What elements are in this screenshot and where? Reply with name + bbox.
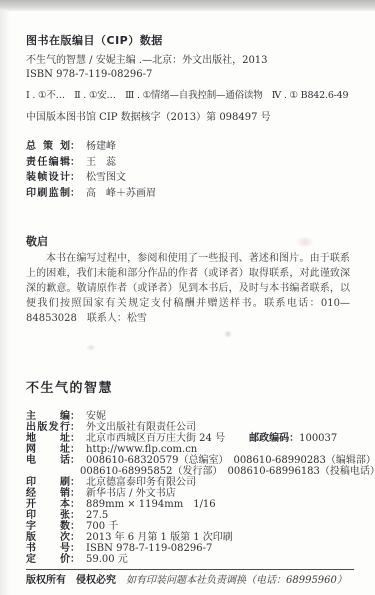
colophon-row-website: 网址：http://www.flp.com.cn	[26, 444, 360, 455]
cip-title-line: 不生气的智慧 / 安妮主编 .—北京：外文出版社，2013	[26, 54, 360, 68]
scan-edge-top	[0, 0, 375, 11]
cip-block: 图书在版编目（CIP）数据 不生气的智慧 / 安妮主编 .—北京：外文出版社，2…	[26, 34, 360, 125]
field-value: 北京市西城区百万庄大街 24 号	[86, 433, 225, 444]
colophon-row-address: 地址：北京市西城区百万庄大街 24 号邮政编码：100037	[26, 433, 360, 444]
staff-value: 松雪图文	[86, 172, 126, 183]
colophon-row-publisher: 出版发行：外文出版社有限责任公司	[26, 422, 360, 433]
colon: ：	[70, 532, 80, 543]
colon: ：	[70, 411, 80, 422]
field-label: 地址	[26, 433, 70, 444]
colophon-row-distributor: 经销：新华书店 / 外文书店	[26, 488, 360, 499]
field-label: 定价	[26, 554, 70, 565]
field-value: 59.00 元	[86, 554, 128, 565]
colophon-row-phone-cont: 008610-68995852（发行部） 008610-68996183（投稿电…	[26, 466, 360, 477]
colophon-row-isbn: 书号：ISBN 978-7-119-08296-7	[26, 543, 360, 554]
colon: ：	[70, 521, 80, 532]
field-label: 印刷	[26, 477, 70, 488]
field-label: 印张	[26, 510, 70, 521]
field-value: 外文出版社有限责任公司	[86, 422, 196, 433]
book-title: 不生气的智慧	[26, 380, 360, 397]
staff-value: 杨建峰	[86, 141, 116, 152]
staff-label: 印刷监制	[26, 186, 70, 202]
notice-block: 敬启 本书在编写过程中，参阅和使用了一些报刊、著述和图片。由于联系上的困难，我们…	[26, 235, 360, 326]
field-label: 网址	[26, 444, 70, 455]
copyright-footer: 版权所有 侵权必究如有印装问题本社负责调换（电话：68995960）	[26, 574, 360, 587]
field-value: 北京德富泰印务有限公司	[86, 477, 196, 488]
field-value: 700 千	[86, 521, 118, 532]
colon: ：	[70, 444, 80, 455]
field-value: 安妮	[86, 411, 106, 422]
staff-label: 装帧设计	[26, 170, 70, 186]
colophon-row-edition: 版次：2013 年 6 月第 1 版第 1 次印刷	[26, 532, 360, 543]
colon: ：	[70, 510, 80, 521]
postal-value: 100037	[299, 433, 337, 444]
notice-body: 本书在编写过程中，参阅和使用了一些报刊、著述和图片。由于联系上的困难，我们未能和…	[26, 251, 350, 326]
copyright-page: 图书在版编目（CIP）数据 不生气的智慧 / 安妮主编 .—北京：外文出版社，2…	[0, 0, 375, 595]
field-label: 电话	[26, 455, 70, 466]
field-value: 新华书店 / 外文书店	[86, 488, 176, 499]
staff-label: 总策划	[26, 139, 70, 155]
colophon-row-editor: 主编：安妮	[26, 411, 360, 422]
colon: ：	[70, 188, 80, 199]
colon: ：	[70, 172, 80, 183]
staff-row: 印刷监制：高 峰＋苏画眉	[26, 186, 360, 202]
colon: ：	[70, 499, 80, 510]
staff-value: 高 峰＋苏画眉	[86, 188, 156, 199]
colon: ：	[70, 422, 80, 433]
postal-code: 邮政编码：100037	[249, 433, 337, 444]
colophon-row-price: 定价：59.00 元	[26, 554, 360, 565]
colon: ：	[70, 488, 80, 499]
field-value: 008610-68320579（总编室） 008610-68990283（编辑部…	[86, 455, 375, 466]
field-label: 出版发行	[26, 422, 70, 433]
field-value: 27.5	[86, 510, 108, 521]
field-label: 字数	[26, 521, 70, 532]
colophon-row-format: 开本：889mm × 1194mm 1/16	[26, 499, 360, 510]
colophon-row-printer: 印刷：北京德富泰印务有限公司	[26, 477, 360, 488]
field-label: 书号	[26, 543, 70, 554]
exchange-notice: 如有印装问题本社负责调换（电话：68995960）	[126, 575, 347, 586]
staff-row: 总策划：杨建峰	[26, 139, 360, 155]
colon: ：	[70, 477, 80, 488]
postal-label: 邮政编码	[249, 433, 289, 444]
colon: ：	[70, 554, 80, 565]
staff-label: 责任编辑	[26, 155, 70, 171]
page-content: 图书在版编目（CIP）数据 不生气的智慧 / 安妮主编 .—北京：外文出版社，2…	[26, 34, 360, 587]
staff-row: 责任编辑：王 蕊	[26, 155, 360, 171]
colon: ：	[70, 157, 80, 168]
field-value: 889mm × 1194mm 1/16	[86, 499, 216, 510]
colon: ：	[70, 141, 80, 152]
cip-heading: 图书在版编目（CIP）数据	[26, 34, 360, 47]
website-url: http://www.flp.com.cn	[86, 444, 197, 455]
scan-edge-left	[0, 11, 10, 595]
field-label: 版次	[26, 532, 70, 543]
notice-heading: 敬启	[26, 235, 360, 249]
colophon-row-phone: 电话：008610-68320579（总编室） 008610-68990283（…	[26, 455, 360, 466]
field-value: ISBN 978-7-119-08296-7	[86, 543, 212, 554]
colon: ：	[289, 433, 299, 444]
colophon-block: 主编：安妮 出版发行：外文出版社有限责任公司 地址：北京市西城区百万庄大街 24…	[26, 411, 360, 565]
staff-row: 装帧设计：松雪图文	[26, 170, 360, 186]
field-value: 008610-68995852（发行部） 008610-68996183（投稿电…	[80, 466, 375, 477]
field-label: 主编	[26, 411, 70, 422]
field-label: 经销	[26, 488, 70, 499]
colophon-row-sheets: 印张：27.5	[26, 510, 360, 521]
colon: ：	[70, 543, 80, 554]
colon: ：	[70, 433, 80, 444]
cip-record-line: 中国版本图书馆 CIP 数据核字（2013）第 098497 号	[26, 111, 360, 125]
copyright-warning: 版权所有 侵权必究	[26, 575, 116, 586]
field-label: 开本	[26, 499, 70, 510]
field-value: 2013 年 6 月第 1 版第 1 次印刷	[86, 532, 233, 543]
colon: ：	[70, 455, 80, 466]
staff-credits: 总策划：杨建峰 责任编辑：王 蕊 装帧设计：松雪图文 印刷监制：高 峰＋苏画眉	[26, 139, 360, 201]
divider-rule	[26, 569, 354, 570]
cip-isbn-line: ISBN 978-7-119-08296-7	[26, 68, 360, 82]
cip-classification-line: Ⅰ . ①不… Ⅱ . ①安… Ⅲ . ①情绪—自我控制—通俗读物 Ⅳ . ① …	[26, 89, 360, 103]
colophon-row-wordcount: 字数：700 千	[26, 521, 360, 532]
staff-value: 王 蕊	[86, 157, 116, 168]
